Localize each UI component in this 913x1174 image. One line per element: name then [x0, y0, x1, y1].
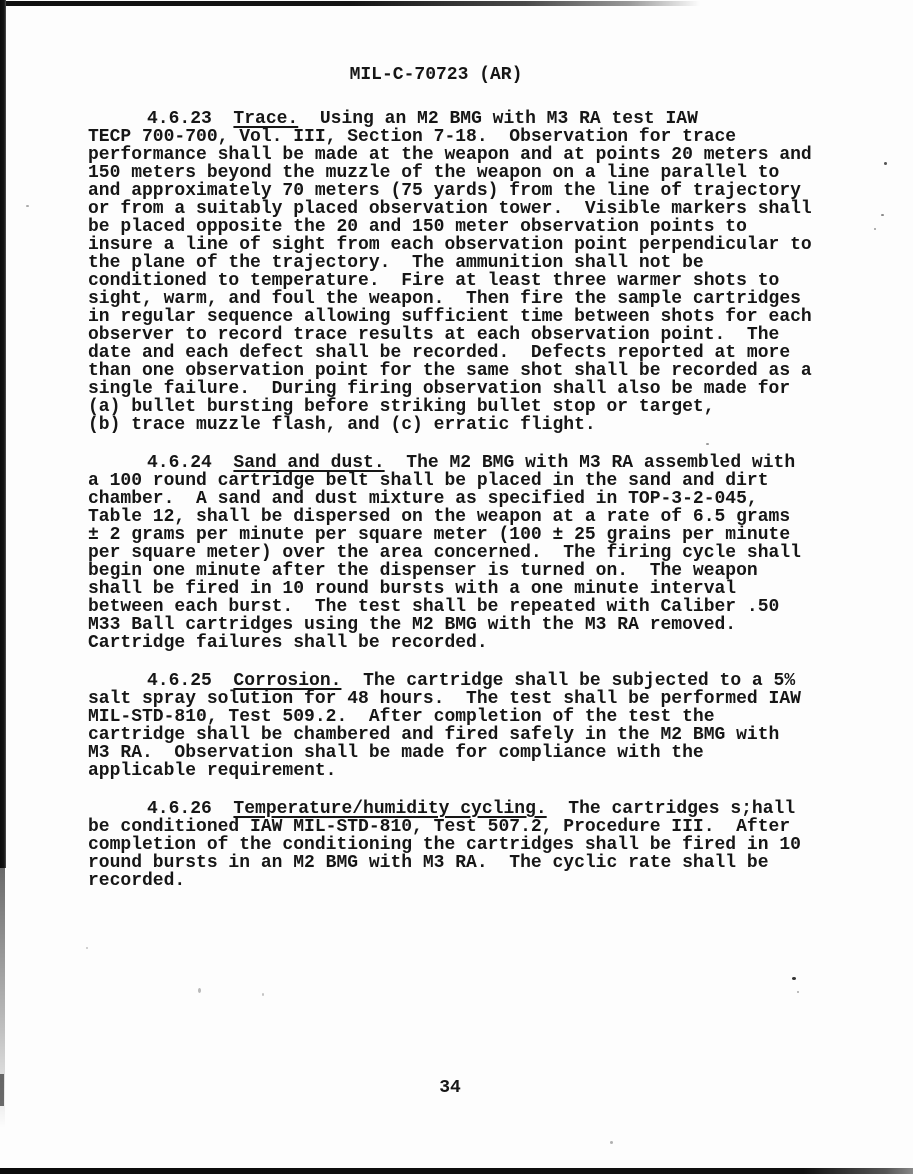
text-line: insure a line of sight from each observa… — [88, 236, 834, 254]
text-line: Table 12, shall be dispersed on the weap… — [88, 508, 834, 526]
text-line: round bursts in an M2 BMG with M3 RA. Th… — [88, 854, 834, 872]
text-line: (b) trace muzzle flash, and (c) erratic … — [88, 416, 834, 434]
scan-speck — [881, 214, 884, 216]
scan-speck — [198, 988, 201, 993]
section-title: Sand and dust. — [233, 453, 384, 473]
text-line: 150 meters beyond the muzzle of the weap… — [88, 164, 834, 182]
text-line: applicable requirement. — [88, 762, 834, 780]
scan-speck — [874, 228, 876, 230]
text-line: begin one minute after the dispenser is … — [88, 562, 834, 580]
text-line: than one observation point for the same … — [88, 362, 834, 380]
text-line: in regular sequence allowing sufficient … — [88, 308, 834, 326]
text-line: a 100 round cartridge belt shall be plac… — [88, 472, 834, 490]
document-content: 4.6.23 Trace. Using an M2 BMG with M3 RA… — [88, 110, 834, 910]
text-line: sight, warm, and foul the weapon. Then f… — [88, 290, 834, 308]
scan-speck — [797, 991, 799, 993]
section-number: 4.6.25 — [147, 671, 212, 691]
scan-speck — [26, 205, 29, 207]
scan-edge-top — [0, 1, 700, 6]
text-line: the plane of the trajectory. The ammunit… — [88, 254, 834, 272]
document-page: MIL-C-70723 (AR) 4.6.23 Trace. Using an … — [0, 0, 913, 1174]
section-heading-line: 4.6.23 Trace. Using an M2 BMG with M3 RA… — [88, 110, 834, 128]
section-number: 4.6.23 — [147, 109, 212, 129]
section-number: 4.6.24 — [147, 453, 212, 473]
section-4.6.24: 4.6.24 Sand and dust. The M2 BMG with M3… — [88, 454, 834, 652]
section-title: Trace. — [233, 109, 298, 129]
text-line: or from a suitably placed observation to… — [88, 200, 834, 218]
scan-speck — [792, 977, 796, 980]
text-line: between each burst. The test shall be re… — [88, 598, 834, 616]
section-4.6.23: 4.6.23 Trace. Using an M2 BMG with M3 RA… — [88, 110, 834, 434]
section-heading-line: 4.6.24 Sand and dust. The M2 BMG with M3… — [88, 454, 834, 472]
scan-speck — [262, 993, 264, 996]
text-line: shall be fired in 10 round bursts with a… — [88, 580, 834, 598]
text-line: be placed opposite the 20 and 150 meter … — [88, 218, 834, 236]
text-line: conditioned to temperature. Fire at leas… — [88, 272, 834, 290]
text-line: M33 Ball cartridges using the M2 BMG wit… — [88, 616, 834, 634]
document-id-header: MIL-C-70723 (AR) — [0, 66, 872, 84]
text-line: observer to record trace results at each… — [88, 326, 834, 344]
scan-edge-left — [0, 0, 6, 868]
text-line: (a) bullet bursting before striking bull… — [88, 398, 834, 416]
text-line: and approximately 70 meters (75 yards) f… — [88, 182, 834, 200]
text-line: TECP 700-700, Vol. III, Section 7-18. Ob… — [88, 128, 834, 146]
text-line: recorded. — [88, 872, 834, 890]
text-line: date and each defect shall be recorded. … — [88, 344, 834, 362]
text-line: M3 RA. Observation shall be made for com… — [88, 744, 834, 762]
section-heading-line: 4.6.26 Temperature/humidity cycling. The… — [88, 800, 834, 818]
text-line: MIL-STD-810, Test 509.2. After completio… — [88, 708, 834, 726]
section-heading-line: 4.6.25 Corrosion. The cartridge shall be… — [88, 672, 834, 690]
text-line: ± 2 grams per minute per square meter (1… — [88, 526, 834, 544]
text-line: be conditioned IAW MIL-STD-810, Test 507… — [88, 818, 834, 836]
text-line: chamber. A sand and dust mixture as spec… — [88, 490, 834, 508]
scan-speck — [884, 162, 887, 165]
section-4.6.25: 4.6.25 Corrosion. The cartridge shall be… — [88, 672, 834, 780]
text-line: per square meter) over the area concerne… — [88, 544, 834, 562]
text-line: completion of the conditioning the cartr… — [88, 836, 834, 854]
text-line: performance shall be made at the weapon … — [88, 146, 834, 164]
section-title: Temperature/humidity cycling. — [233, 799, 546, 819]
scan-speck — [610, 1141, 613, 1144]
scan-speck — [86, 947, 88, 949]
section-number: 4.6.26 — [147, 799, 212, 819]
page-number: 34 — [0, 1079, 900, 1097]
scan-edge-bottom — [0, 1168, 913, 1174]
section-4.6.26: 4.6.26 Temperature/humidity cycling. The… — [88, 800, 834, 890]
text-line: salt spray solution for 48 hours. The te… — [88, 690, 834, 708]
text-line: cartridge shall be chambered and fired s… — [88, 726, 834, 744]
text-line: single failure. During firing observatio… — [88, 380, 834, 398]
section-title: Corrosion. — [233, 671, 341, 691]
text-line: Cartridge failures shall be recorded. — [88, 634, 834, 652]
